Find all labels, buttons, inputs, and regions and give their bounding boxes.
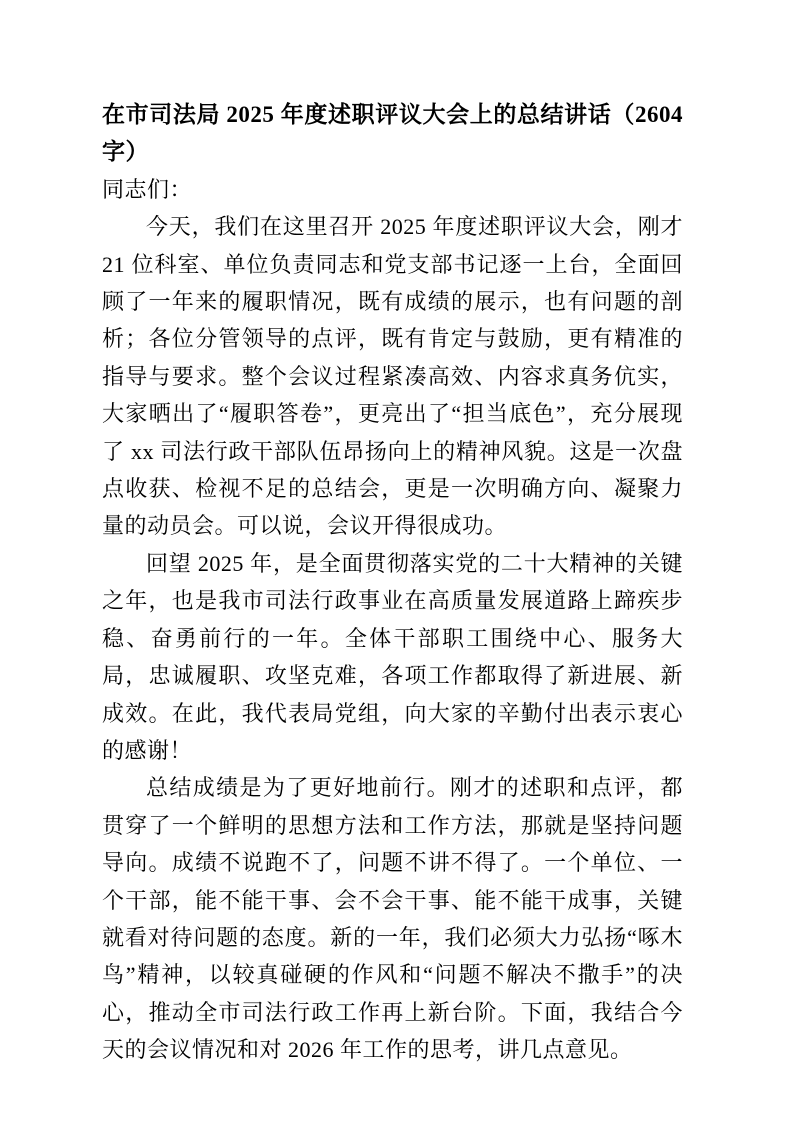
paragraph-2: 回望 2025 年，是全面贯彻落实党的二十大精神的关键之年，也是我市司法行政事业… bbox=[102, 545, 683, 769]
paragraph-1: 今天，我们在这里召开 2025 年度述职评议大会，刚才 21 位科室、单位负责同… bbox=[102, 208, 683, 545]
document-page: 在市司法局 2025 年度述职评议大会上的总结讲话（2604 字） 同志们： 今… bbox=[0, 0, 793, 1122]
paragraph-3: 总结成绩是为了更好地前行。刚才的述职和点评，都贯穿了一个鲜明的思想方法和工作方法… bbox=[102, 769, 683, 1068]
document-title: 在市司法局 2025 年度述职评议大会上的总结讲话（2604 字） bbox=[102, 96, 683, 171]
salutation: 同志们： bbox=[102, 171, 683, 208]
document-body: 在市司法局 2025 年度述职评议大会上的总结讲话（2604 字） 同志们： 今… bbox=[102, 96, 683, 1069]
